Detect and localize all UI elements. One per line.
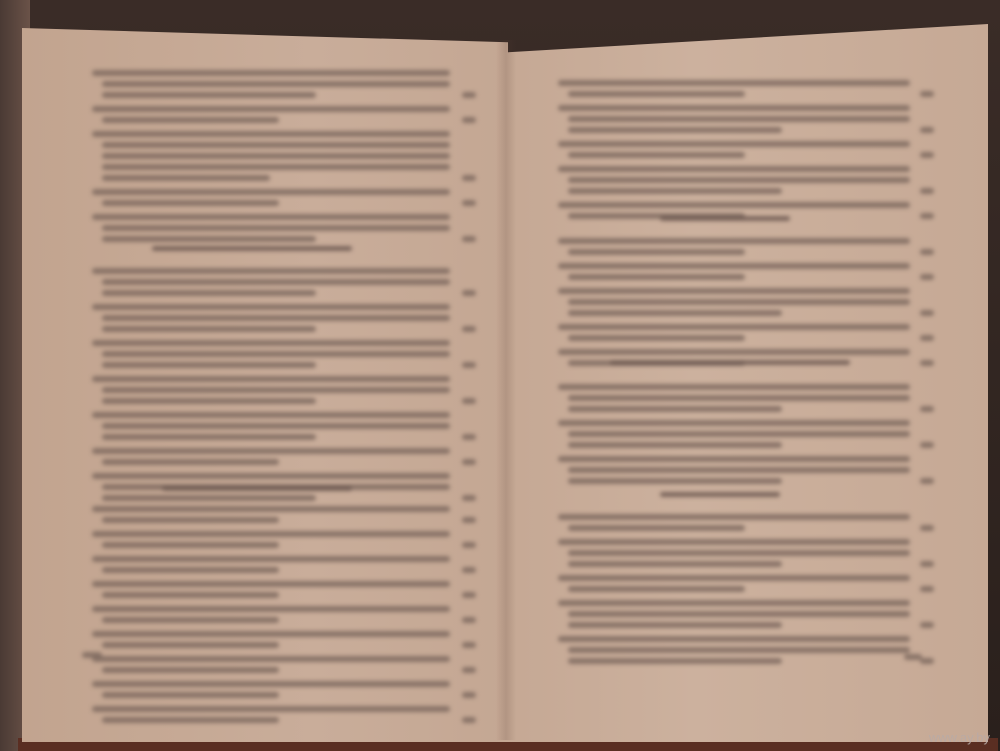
text-line (102, 315, 450, 321)
text-line (568, 249, 745, 255)
page-number (920, 91, 934, 97)
text-line (558, 238, 910, 244)
text-line (102, 517, 279, 523)
text-line (92, 376, 450, 382)
right-page (500, 24, 988, 742)
text-line (92, 606, 450, 612)
text-line (558, 105, 910, 111)
page-number (462, 459, 476, 465)
text-line (568, 299, 910, 305)
text-line (102, 175, 270, 181)
page-number (462, 175, 476, 181)
page-number (920, 561, 934, 567)
text-line (92, 706, 450, 712)
page-number (462, 717, 476, 723)
text-line (568, 478, 782, 484)
text-line (568, 658, 782, 664)
text-line (102, 142, 450, 148)
text-line (102, 362, 316, 368)
text-line (568, 310, 782, 316)
text-line (102, 434, 316, 440)
text-line (92, 556, 450, 562)
page-number (462, 290, 476, 296)
text-line (568, 188, 782, 194)
text-line (102, 290, 316, 296)
text-line (92, 304, 450, 310)
page-number (920, 127, 934, 133)
page-number (920, 335, 934, 341)
text-line (568, 442, 782, 448)
page-number (920, 360, 934, 366)
text-line (558, 636, 910, 642)
text-line (92, 656, 450, 662)
section-heading (660, 492, 780, 497)
text-line (102, 398, 316, 404)
text-line (558, 80, 910, 86)
text-line (558, 202, 910, 208)
section-heading (610, 360, 850, 365)
text-line (568, 127, 782, 133)
text-line (558, 166, 910, 172)
page-number (462, 667, 476, 673)
text-line (558, 575, 910, 581)
text-line (568, 335, 745, 341)
text-line (558, 141, 910, 147)
page-number (462, 567, 476, 573)
page-number (462, 542, 476, 548)
text-line (568, 561, 782, 567)
text-line (102, 667, 279, 673)
page-number (462, 117, 476, 123)
text-line (102, 81, 450, 87)
text-line (558, 324, 910, 330)
text-line (102, 592, 279, 598)
page-number (920, 622, 934, 628)
text-line (102, 542, 279, 548)
page-number (82, 652, 102, 658)
page-number (920, 152, 934, 158)
page-number (462, 200, 476, 206)
text-line (568, 152, 745, 158)
left-page (22, 28, 508, 742)
text-line (558, 539, 910, 545)
text-line (568, 91, 745, 97)
page-number (462, 617, 476, 623)
page-number (920, 442, 934, 448)
section-heading (660, 216, 790, 221)
book-gutter (496, 40, 516, 740)
text-line (568, 467, 910, 473)
text-line (558, 384, 910, 390)
text-line (92, 340, 450, 346)
text-line (558, 288, 910, 294)
text-line (568, 550, 910, 556)
page-number (462, 362, 476, 368)
page-number (920, 310, 934, 316)
page-number (920, 406, 934, 412)
text-line (568, 611, 910, 617)
page-number (462, 326, 476, 332)
text-line (102, 387, 450, 393)
text-line (568, 525, 745, 531)
page-number (904, 654, 922, 660)
text-line (102, 351, 450, 357)
page-number (462, 236, 476, 242)
text-line (102, 279, 450, 285)
text-line (92, 214, 450, 220)
text-line (92, 681, 450, 687)
text-line (568, 647, 910, 653)
text-line (102, 117, 279, 123)
text-line (568, 586, 745, 592)
text-line (558, 514, 910, 520)
text-line (92, 412, 450, 418)
section-heading (162, 486, 352, 491)
text-line (558, 349, 910, 355)
text-line (102, 164, 450, 170)
text-line (102, 692, 279, 698)
text-line (102, 92, 316, 98)
text-line (92, 473, 450, 479)
text-line (92, 268, 450, 274)
text-line (568, 274, 745, 280)
text-line (92, 531, 450, 537)
text-line (92, 106, 450, 112)
text-line (558, 420, 910, 426)
page-number (920, 478, 934, 484)
page-number (920, 525, 934, 531)
text-line (102, 236, 316, 242)
page-number (462, 692, 476, 698)
text-line (102, 459, 279, 465)
text-line (568, 395, 910, 401)
text-line (102, 717, 279, 723)
page-number (462, 495, 476, 501)
text-line (558, 263, 910, 269)
text-line (102, 617, 279, 623)
text-line (558, 600, 910, 606)
text-line (568, 431, 910, 437)
text-line (102, 326, 316, 332)
text-line (92, 581, 450, 587)
text-line (92, 448, 450, 454)
text-line (102, 153, 450, 159)
text-line (102, 200, 279, 206)
page-number (920, 249, 934, 255)
page-number (462, 592, 476, 598)
text-line (568, 406, 782, 412)
page-number (920, 658, 934, 664)
page-number (920, 188, 934, 194)
text-line (102, 423, 450, 429)
text-line (92, 131, 450, 137)
text-line (102, 225, 450, 231)
text-line (102, 567, 279, 573)
page-number (920, 213, 934, 219)
section-heading (152, 246, 352, 251)
text-line (568, 177, 910, 183)
text-line (92, 631, 450, 637)
text-line (558, 456, 910, 462)
text-line (102, 495, 316, 501)
text-line (102, 642, 279, 648)
text-line (92, 189, 450, 195)
text-line (92, 506, 450, 512)
page-number (920, 586, 934, 592)
page-number (462, 398, 476, 404)
watermark: www.ay.by (929, 730, 990, 745)
page-number (462, 517, 476, 523)
text-line (568, 622, 782, 628)
page-number (462, 642, 476, 648)
text-line (92, 70, 450, 76)
page-number (920, 274, 934, 280)
page-number (462, 434, 476, 440)
text-line (568, 116, 910, 122)
page-number (462, 92, 476, 98)
